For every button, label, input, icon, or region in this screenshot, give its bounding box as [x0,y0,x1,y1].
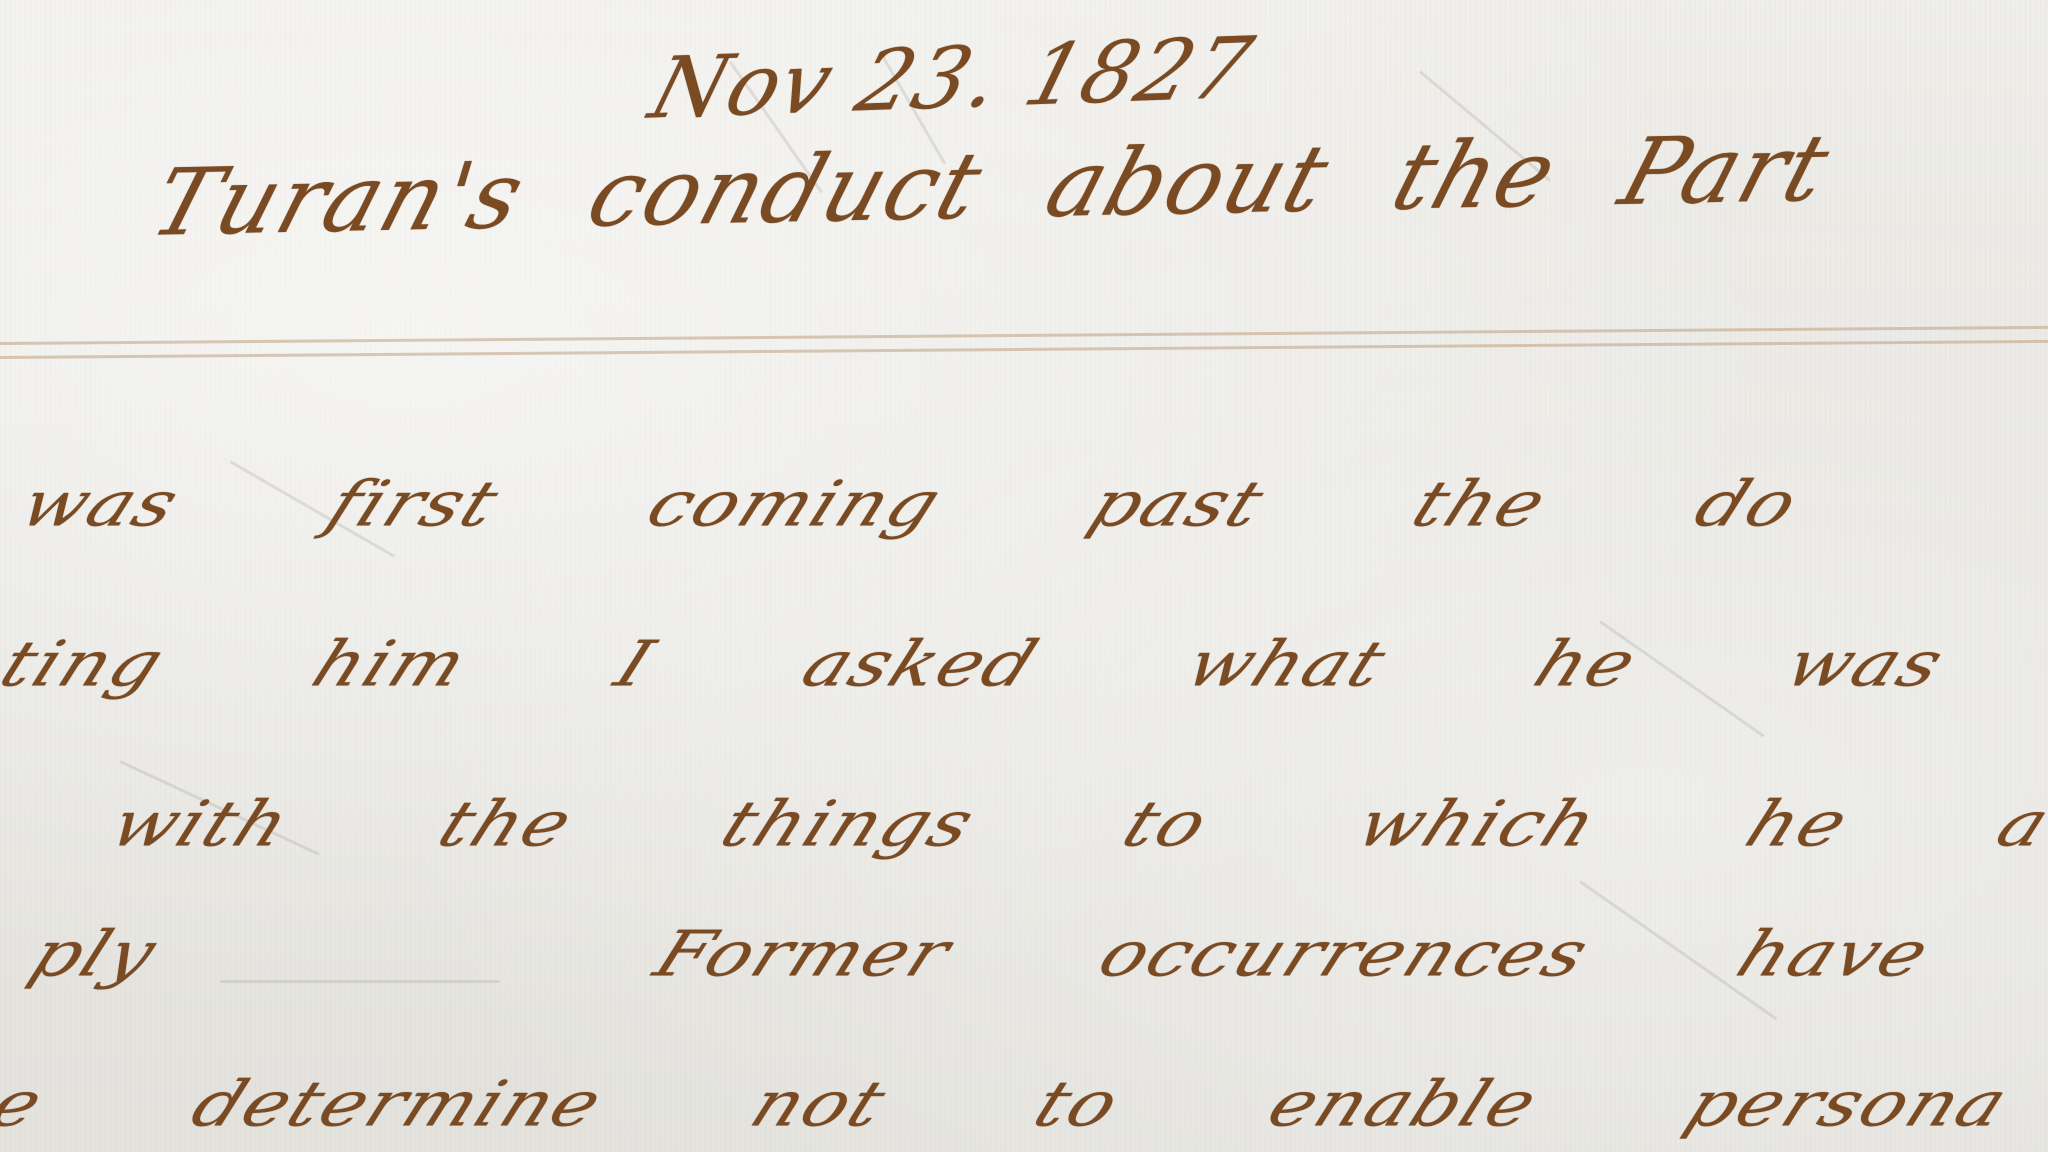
word: occurrences [1088,918,1600,991]
word: the [1402,468,1559,541]
manuscript-line-4: ply Former occurrences have [20,918,2011,991]
word: e [0,1068,55,1141]
word: to [1112,788,1220,861]
word: to [1024,1068,1132,1141]
word: coming [637,468,953,541]
word: he [1735,788,1860,861]
word: asked [792,628,1050,701]
word: what [1175,628,1397,701]
word: enable [1258,1068,1550,1141]
word: Former [644,918,962,991]
word: ting [0,628,176,701]
word: him [302,628,479,701]
word: was [10,468,191,541]
word: was [1775,628,1956,701]
manuscript-line-1: was first coming past the do [10,468,1880,541]
word: persona [1675,1068,2019,1141]
word: first [317,468,511,541]
word: have [1727,918,1942,991]
word: do [1685,468,1810,541]
word: with [100,788,302,861]
word: determine [181,1068,614,1141]
word: the [428,788,585,861]
manuscript-line-2: ting him I asked what he was a [0,628,2048,701]
manuscript-line-3: with the things to which he a [100,788,2048,861]
word: a [1986,788,2048,861]
word: I [605,628,666,701]
word: things [711,788,987,861]
word: he [1524,628,1649,701]
word: not [740,1068,897,1141]
word: which [1346,788,1609,861]
manuscript-line-5: e determine not to enable persona [0,1068,2048,1141]
word: past [1079,468,1276,541]
